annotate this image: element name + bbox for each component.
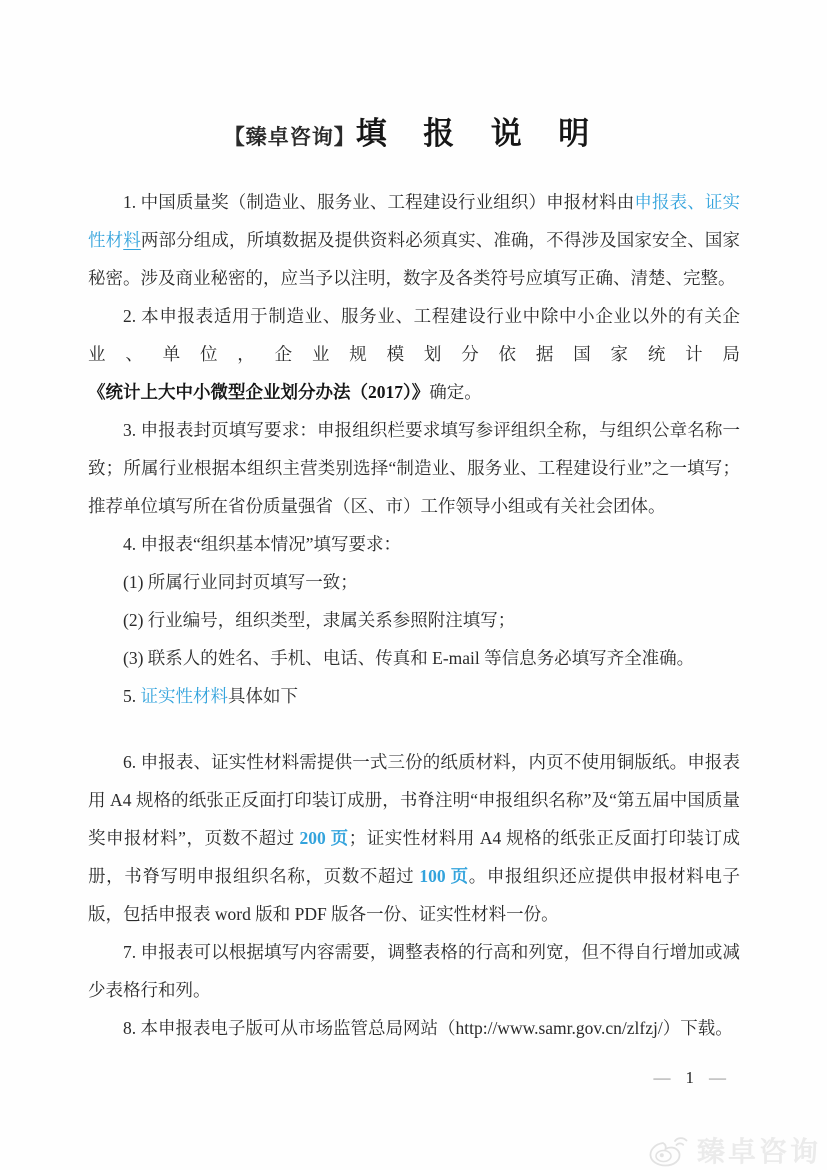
highlighted-text: 100 页 [419,866,468,886]
paragraph: 2. 本申报表适用于制造业、服务业、工程建设行业中除中小企业以外的有关企业、单位… [88,297,740,411]
bold-text: 《统计上大中小微型企业划分办法（2017）》 [88,382,429,402]
highlighted-text: 200 页 [300,828,349,848]
watermark: 臻卓咨询 [648,1130,821,1170]
paragraph: (3) 联系人的姓名、手机、电话、传真和 E-mail 等信息务必填写齐全准确。 [88,639,740,677]
body-text: 确定。 [429,382,482,402]
page-number: —1— [654,1068,728,1088]
paragraph: 1. 中国质量奖（制造业、服务业、工程建设行业组织）申报材料由申报表、证实性材料… [88,183,740,297]
document-body: 1. 中国质量奖（制造业、服务业、工程建设行业组织）申报材料由申报表、证实性材料… [88,183,740,1047]
title-prefix: 【臻卓咨询】 [224,125,356,149]
body-text: 5. [123,686,141,706]
page-title: 【臻卓咨询】填 报 说 明 [0,0,827,153]
paragraph: 6. 申报表、证实性材料需提供一式三份的纸质材料，内页不使用铜版纸。申报表用 A… [88,743,740,933]
paragraph: 7. 申报表可以根据填写内容需要，调整表格的行高和列宽，但不得自行增加或减少表格… [88,933,740,1009]
weibo-icon [648,1132,692,1168]
body-text: (2) 行业编号，组织类型，隶属关系参照附注填写； [123,610,515,630]
title-main: 填 报 说 明 [356,116,604,151]
body-text: 8. 本申报表电子版可从市场监管总局网站（http://www.samr.gov… [123,1018,733,1038]
paragraph: (2) 行业编号，组织类型，隶属关系参照附注填写； [88,601,740,639]
footer-left-dash: — [654,1068,672,1087]
footer-right-dash: — [709,1068,727,1087]
paragraph: 3. 申报表封页填写要求：申报组织栏要求填写参评组织全称，与组织公章名称一致；所… [88,411,740,525]
body-text: 2. 本申报表适用于制造业、服务业、工程建设行业中除中小企业以外的有关企业、单位… [88,306,740,364]
paragraph: 4. 申报表“组织基本情况”填写要求： [88,525,740,563]
body-text: 4. 申报表“组织基本情况”填写要求： [123,534,401,554]
footer-page-number: 1 [686,1068,696,1087]
body-text: 两部分组成，所填数据及提供资料必须真实、准确，不得涉及国家安全、国家秘密。涉及商… [88,230,740,288]
body-text: 1. 中国质量奖（制造业、服务业、工程建设行业组织）申报材料由 [123,192,634,212]
highlighted-text: 证实性材料 [141,686,229,706]
body-text: (1) 所属行业同封页填写一致； [123,572,358,592]
document-page: 【臻卓咨询】填 报 说 明 1. 中国质量奖（制造业、服务业、工程建设行业组织）… [0,0,827,1170]
paragraph: 5. 证实性材料具体如下 [88,677,740,715]
body-text: 7. 申报表可以根据填写内容需要，调整表格的行高和列宽，但不得自行增加或减少表格… [88,942,740,1000]
watermark-text: 臻卓咨询 [697,1130,821,1170]
paragraph: (1) 所属行业同封页填写一致； [88,563,740,601]
body-text: (3) 联系人的姓名、手机、电话、传真和 E-mail 等信息务必填写齐全准确。 [123,648,694,668]
body-text: 具体如下 [228,686,298,706]
body-text: 3. 申报表封页填写要求：申报组织栏要求填写参评组织全称，与组织公章名称一致；所… [88,420,740,516]
highlighted-text: 料 [123,230,141,250]
paragraph: 8. 本申报表电子版可从市场监管总局网站（http://www.samr.gov… [88,1009,740,1047]
